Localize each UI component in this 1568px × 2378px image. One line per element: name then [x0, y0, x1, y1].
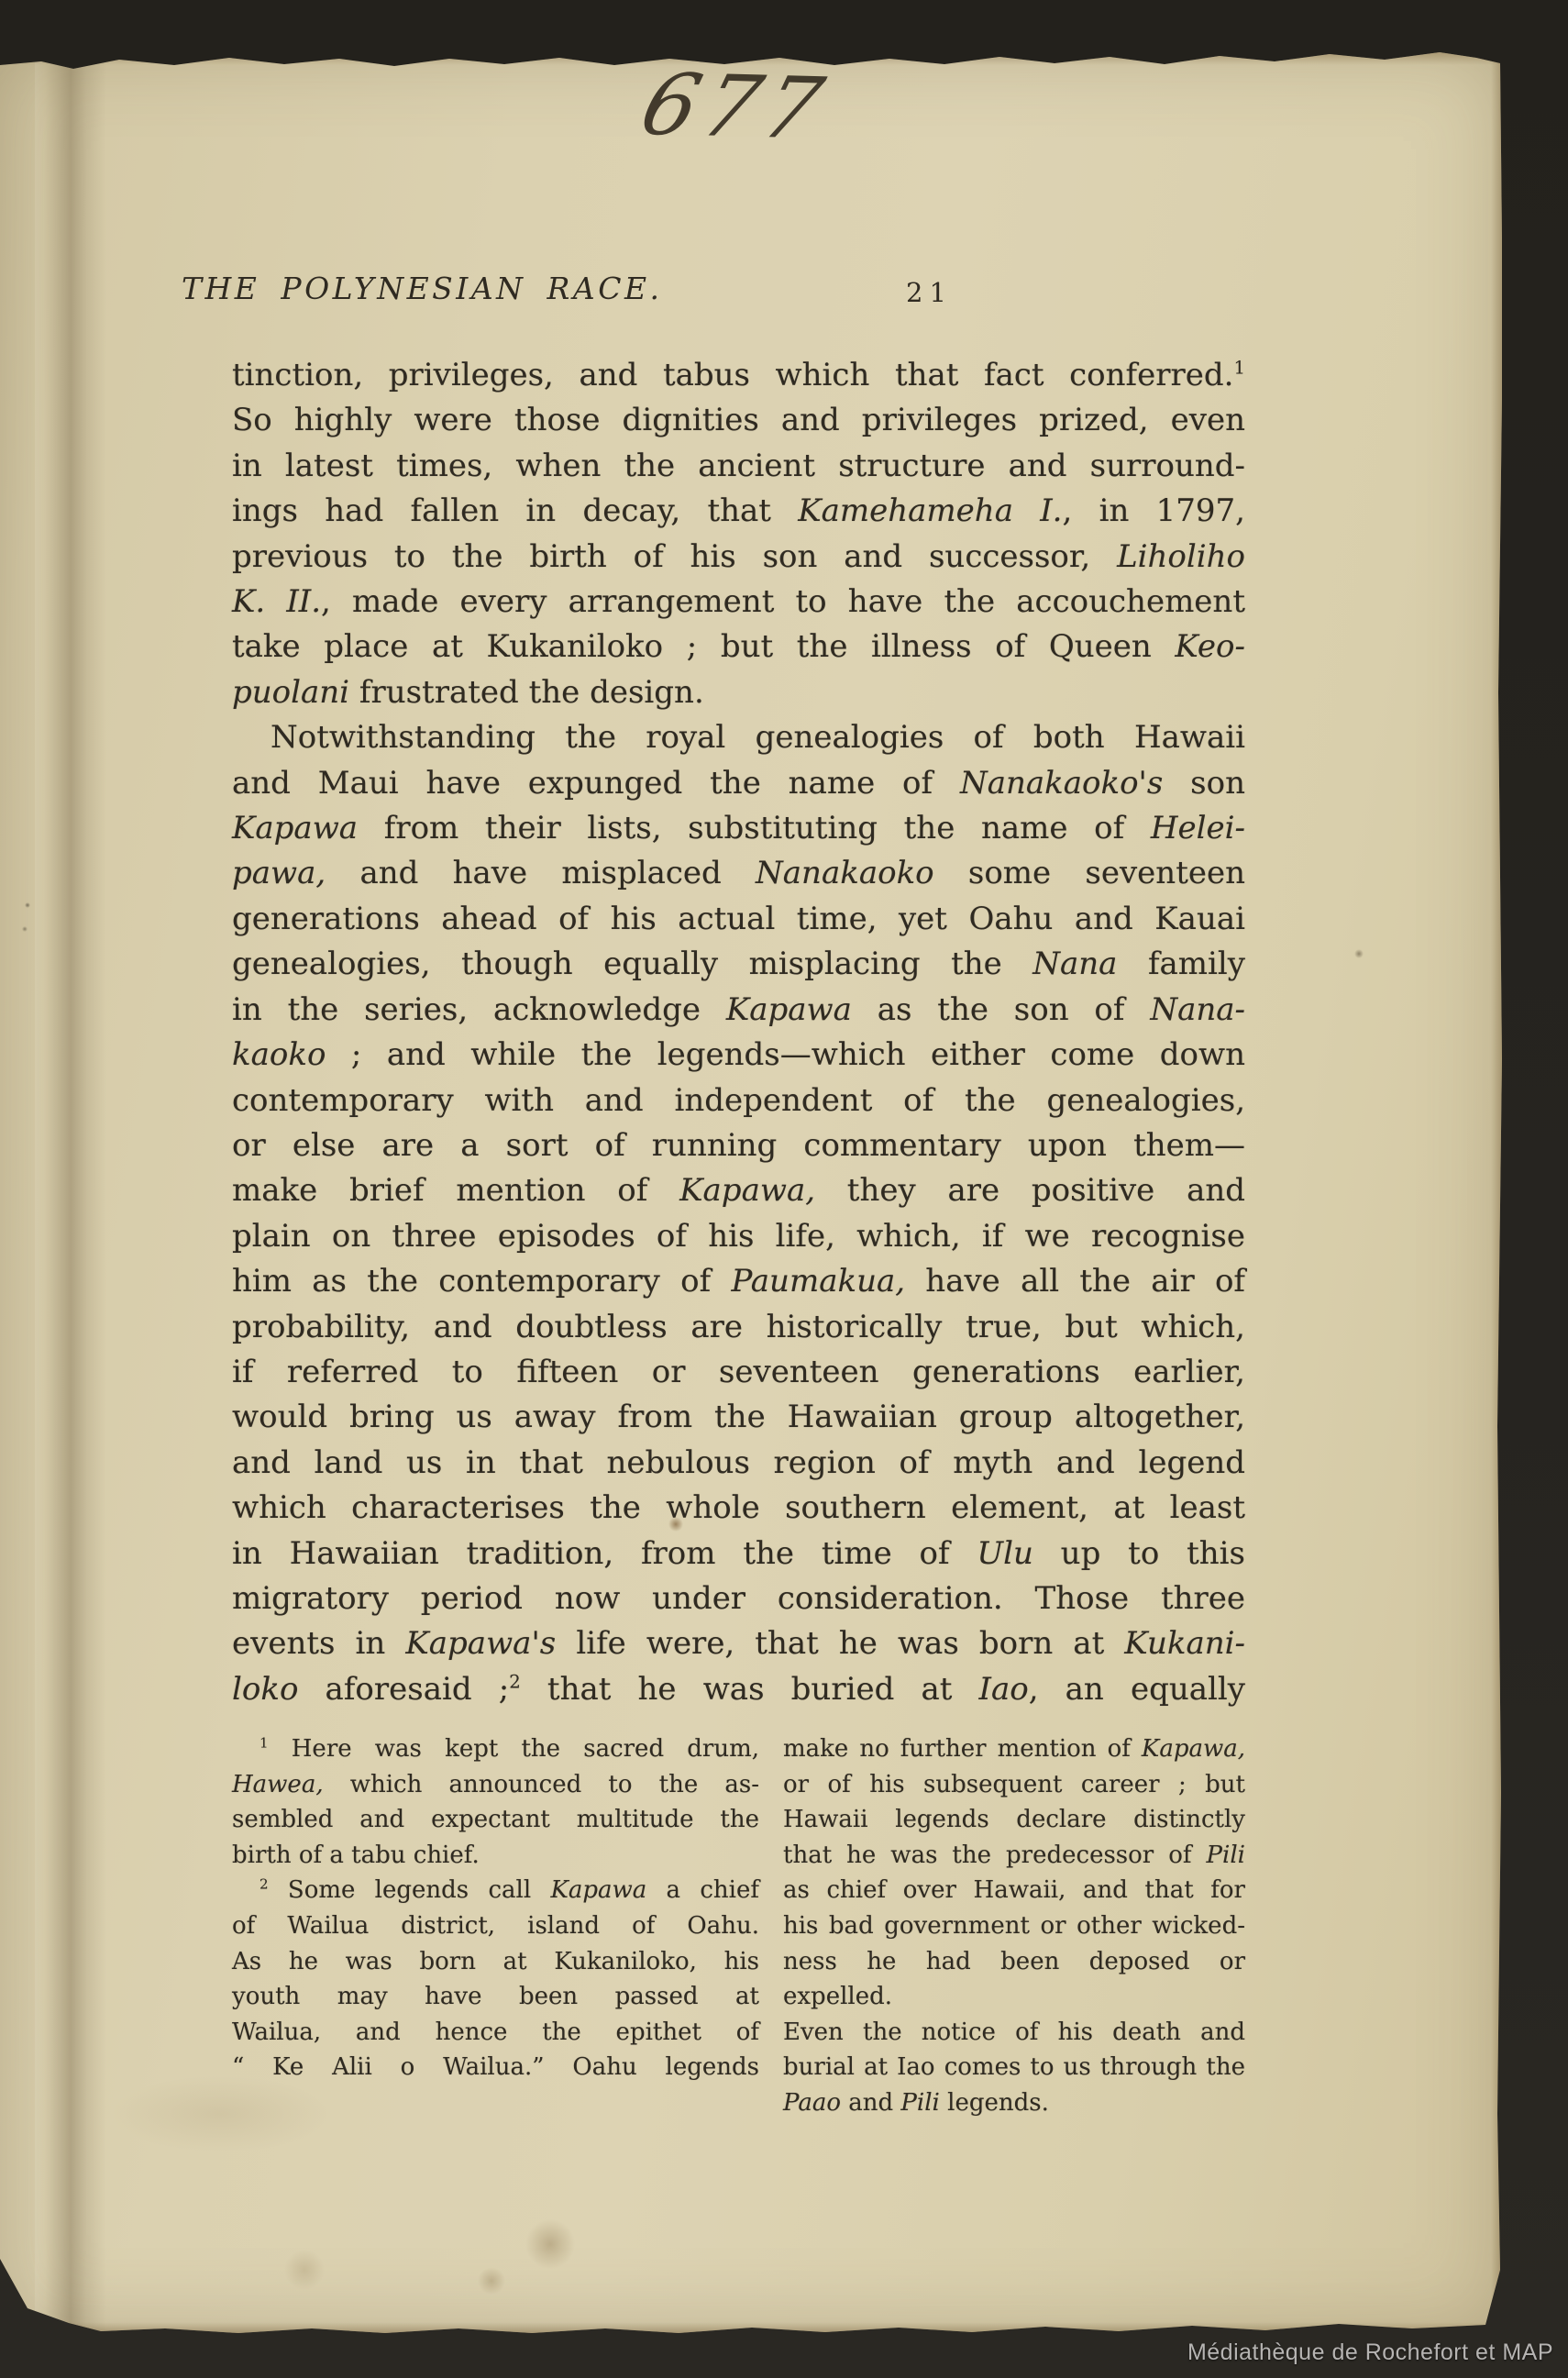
text-line: birth of a tabu chief. [232, 1838, 759, 1874]
text-line: if referred to fifteen or seventeen gene… [232, 1350, 1245, 1395]
text-line: tinction, privileges, and tabus which th… [232, 353, 1245, 398]
text-line: as chief over Hawaii, and that for [783, 1873, 1245, 1908]
text-line: Hawea, which announced to the as- [232, 1767, 759, 1803]
text-line: make no further mention of Kapawa, [783, 1731, 1245, 1767]
text-line: his bad government or other wicked- [783, 1908, 1245, 1944]
text-line: and Maui have expunged the name of Nanak… [232, 761, 1245, 806]
text-line: and land us in that nebulous region of m… [232, 1441, 1245, 1486]
page-number: 21 [906, 277, 953, 308]
text-line: genealogies, though equally misplacing t… [232, 942, 1245, 987]
text-line: generations ahead of his actual time, ye… [232, 897, 1245, 942]
text-line: take place at Kukaniloko ; but the illne… [232, 625, 1245, 669]
text-line: So highly were those dignities and privi… [232, 398, 1245, 443]
text-line: burial at Iao comes to us through the [783, 2050, 1245, 2085]
text-line: previous to the birth of his son and suc… [232, 535, 1245, 580]
text-line: youth may have been passed at [232, 1979, 759, 2015]
text-line: migratory period now under consideration… [232, 1576, 1245, 1621]
text-line: in Hawaiian tradition, from the time of … [232, 1532, 1245, 1576]
running-title: THE POLYNESIAN RACE. [182, 271, 663, 306]
text-line: which characterises the whole southern e… [232, 1486, 1245, 1531]
handwritten-folio-number: 677 [633, 62, 838, 151]
text-line: 2 Some legends call Kapawa a chief [232, 1873, 759, 1908]
text-line: make brief mention of Kapawa, they are p… [232, 1168, 1245, 1213]
text-line: plain on three episodes of his life, whi… [232, 1214, 1245, 1259]
text-line: K. II., made every arrangement to have t… [232, 580, 1245, 625]
text-line: sembled and expectant multitude the [232, 1802, 759, 1838]
text-line: him as the contemporary of Paumakua, hav… [232, 1259, 1245, 1304]
text-line: events in Kapawa's life were, that he wa… [232, 1621, 1245, 1666]
text-line: Paao and Pili legends. [783, 2085, 1245, 2121]
text-line: in latest times, when the ancient struct… [232, 444, 1245, 489]
body-text: tinction, privileges, and tabus which th… [232, 353, 1245, 1712]
text-line: kaoko ; and while the legends—which eith… [232, 1033, 1245, 1078]
text-line: ness he had been deposed or expelled. [783, 1944, 1245, 2015]
library-watermark: Médiathèque de Rochefort et MAP [1187, 2339, 1553, 2366]
text-line: 1 Here was kept the sacred drum, [232, 1731, 759, 1767]
text-line: Notwithstanding the royal genealogies of… [232, 715, 1245, 760]
text-line: probability, and doubtless are historica… [232, 1305, 1245, 1350]
book-page: 677 THE POLYNESIAN RACE. 21 tinction, pr… [0, 50, 1502, 2334]
footnote-column-left: 1 Here was kept the sacred drum,Hawea, w… [232, 1731, 759, 2121]
footnote-column-right: make no further mention of Kapawa,or of … [783, 1731, 1245, 2121]
text-line: “ Ke Alii o Wailua.” Oahu legends [232, 2050, 759, 2085]
text-line: or of his subsequent career ; but [783, 1767, 1245, 1803]
text-line: Even the notice of his death and [783, 2015, 1245, 2051]
text-line: would bring us away from the Hawaiian gr… [232, 1395, 1245, 1440]
text-line: Kapawa from their lists, substituting th… [232, 806, 1245, 851]
text-line: ings had fallen in decay, that Kamehameh… [232, 489, 1245, 534]
book-scan: 677 THE POLYNESIAN RACE. 21 tinction, pr… [0, 0, 1568, 2378]
text-line: contemporary with and independent of the… [232, 1078, 1245, 1123]
text-line: pawa, and have misplaced Nanakaoko some … [232, 851, 1245, 896]
text-line: As he was born at Kukaniloko, his [232, 1944, 759, 1980]
text-line: puolani frustrated the design. [232, 670, 1245, 715]
text-line: loko aforesaid ;2 that he was buried at … [232, 1667, 1245, 1712]
text-line: Wailua, and hence the epithet of [232, 2015, 759, 2051]
text-line: that he was the predecessor of Pili [783, 1838, 1245, 1874]
footnotes: 1 Here was kept the sacred drum,Hawea, w… [232, 1731, 1245, 2121]
text-line: of Wailua district, island of Oahu. [232, 1908, 759, 1944]
text-line: in the series, acknowledge Kapawa as the… [232, 988, 1245, 1033]
text-line: or else are a sort of running commentary… [232, 1123, 1245, 1168]
text-line: Hawaii legends declare distinctly [783, 1802, 1245, 1838]
